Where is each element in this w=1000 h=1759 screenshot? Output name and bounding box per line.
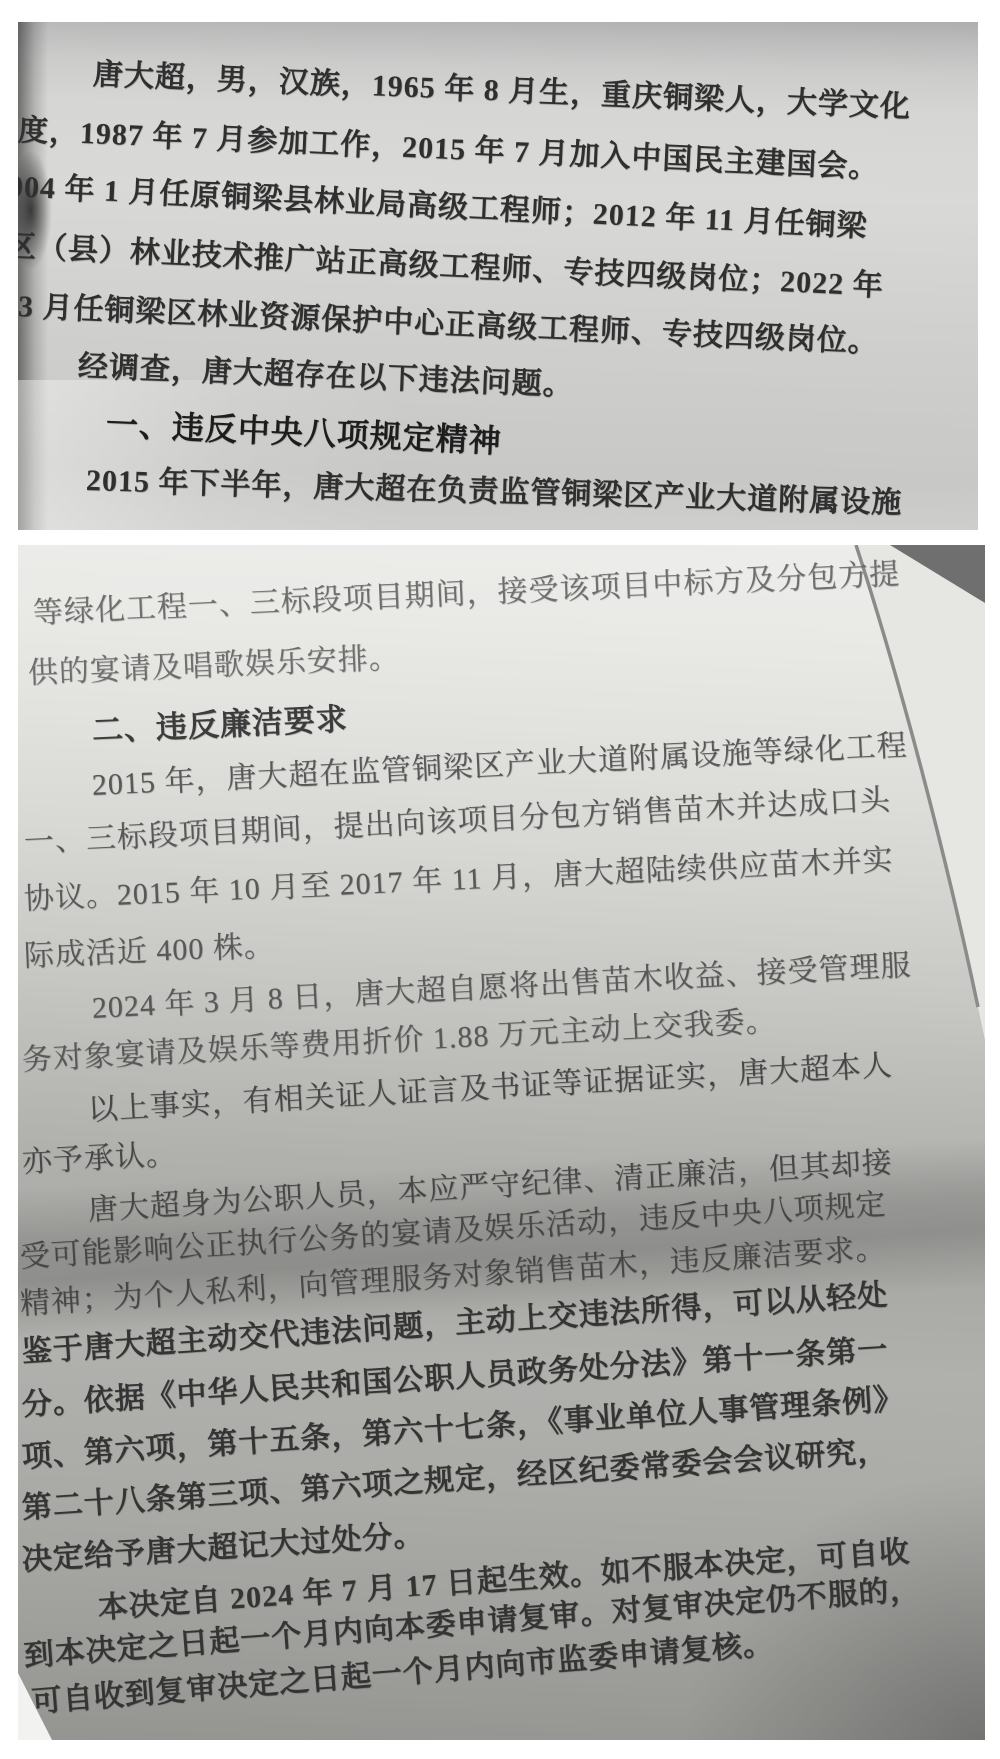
- text-line: 区（县）林业技术推广站正高级工程师、专技四级岗位；2022 年: [18, 230, 884, 304]
- text-line: 3 月任铜梁区林业资源保护中心正高级工程师、专技四级岗位。: [18, 290, 879, 361]
- text-line: 004 年 1 月任原铜梁县林业局高级工程师；2012 年 11 月任铜梁: [18, 170, 868, 245]
- text-line: 度，1987 年 7 月参加工作，2015 年 7 月加入中国民主建国会。: [18, 114, 880, 186]
- text-line: 唐大超，男，汉族，1965 年 8 月生，重庆铜梁人，大学文化: [92, 58, 911, 125]
- scanned-photo-bottom: 等绿化工程一、三标段项目期间，接受该项目中标方及分包方提 供的宴请及唱歌娱乐安排…: [18, 545, 985, 1740]
- scanned-photo-top: 唐大超，男，汉族，1965 年 8 月生，重庆铜梁人，大学文化 度，1987 年…: [18, 22, 978, 530]
